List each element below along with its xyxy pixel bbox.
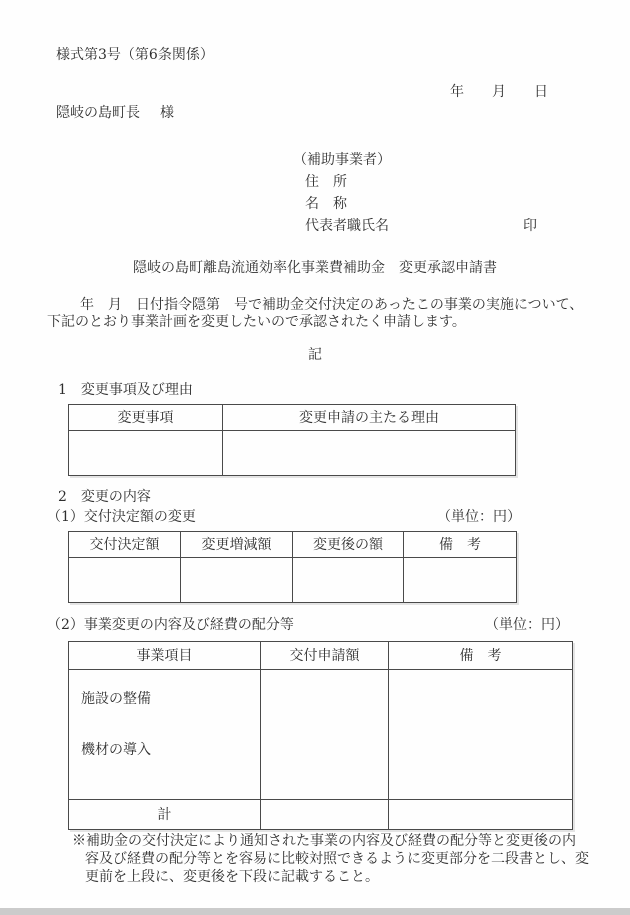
footnote-line2: 容及び経費の配分等とを容易に比較対照できるように変更部分を二段書とし、変 [72, 850, 602, 868]
total-amount-empty-cell [261, 800, 389, 829]
footnote-line3: 更前を上段に、変更後を下段に記載すること。 [72, 868, 602, 886]
date-year-label: 年 [450, 83, 464, 101]
change-item-empty-cell [69, 431, 223, 475]
column-header-project-remarks: 備 考 [389, 642, 572, 669]
application-amount-empty-cell [261, 670, 389, 799]
record-mark: 記 [0, 346, 630, 364]
document-title: 隠岐の島町離島流通効率化事業費補助金 変更承認申請書 [0, 259, 630, 277]
column-header-amount-after: 変更後の額 [293, 532, 404, 557]
applicant-representative-label: 代表者職氏名 [305, 217, 389, 235]
date-day-label: 日 [534, 83, 548, 101]
seal-mark: 印 [523, 217, 537, 235]
footnote: ※補助金の交付決定により通知された事業の内容及び経費の配分等と変更後の内 容及び… [72, 832, 602, 886]
column-header-application-amount: 交付申請額 [261, 642, 389, 669]
section2-1-heading: （1）交付決定額の変更 [47, 508, 196, 526]
project-item-equipment: 機材の導入 [81, 741, 151, 759]
decided-amount-empty-cell [69, 558, 181, 602]
column-header-change-delta: 変更増減額 [181, 532, 293, 557]
project-change-table-header-row: 事業項目 交付申請額 備 考 [69, 642, 572, 670]
applicant-name-label: 名 称 [305, 195, 347, 213]
project-remarks-empty-cell [389, 670, 572, 799]
addressee-line: 隠岐の島町長 様 [56, 104, 174, 122]
grant-amount-table-data-row [69, 558, 516, 602]
grant-amount-table: 交付決定額 変更増減額 変更後の額 備 考 [68, 531, 517, 603]
applicant-heading: （補助事業者） [293, 151, 391, 169]
total-label: 計 [69, 800, 261, 829]
section1-heading: 1 変更事項及び理由 [58, 381, 193, 399]
body-paragraph-line2: 下記のとおり事業計画を変更したいので承認されたく申請します。 [47, 313, 466, 331]
date-line: 年 月 日 [450, 83, 548, 101]
project-change-table-total-row: 計 [69, 799, 572, 829]
body-paragraph-line1: 年 月 日付指令隠第 号で補助金交付決定のあったこの事業の実施について、 [80, 296, 583, 314]
footnote-line1: ※補助金の交付決定により通知された事業の内容及び経費の配分等と変更後の内 [72, 832, 602, 850]
project-item-facility: 施設の整備 [81, 690, 151, 708]
section2-1-unit-label: （単位：円） [437, 508, 521, 526]
change-items-table-data-row [69, 431, 515, 475]
applicant-address-label: 住 所 [305, 173, 347, 191]
remarks-empty-cell [404, 558, 516, 602]
column-header-change-reason: 変更申請の主たる理由 [223, 405, 515, 430]
column-header-project-item: 事業項目 [69, 642, 261, 669]
date-month-label: 月 [492, 83, 506, 101]
total-remarks-empty-cell [389, 800, 572, 829]
section2-2-heading: （2）事業変更の内容及び経費の配分等 [47, 616, 294, 634]
page-bottom-edge [0, 908, 630, 915]
change-delta-empty-cell [181, 558, 293, 602]
change-items-table: 変更事項 変更申請の主たる理由 [68, 404, 516, 476]
section2-heading: 2 変更の内容 [58, 488, 151, 506]
addressee-name: 隠岐の島町長 [56, 104, 140, 122]
column-header-change-item: 変更事項 [69, 405, 223, 430]
section2-2-unit-label: （単位：円） [485, 616, 569, 634]
project-change-table-body-row: 施設の整備 機材の導入 [69, 670, 572, 799]
amount-after-empty-cell [293, 558, 404, 602]
column-header-decided-amount: 交付決定額 [69, 532, 181, 557]
grant-amount-table-header-row: 交付決定額 変更増減額 変更後の額 備 考 [69, 532, 516, 558]
change-reason-empty-cell [223, 431, 515, 475]
project-items-cell: 施設の整備 機材の導入 [69, 670, 261, 799]
change-items-table-header-row: 変更事項 変更申請の主たる理由 [69, 405, 515, 431]
project-change-table: 事業項目 交付申請額 備 考 施設の整備 機材の導入 計 [68, 641, 573, 830]
column-header-remarks: 備 考 [404, 532, 516, 557]
form-number: 様式第3号（第6条関係） [56, 46, 214, 64]
addressee-honorific: 様 [160, 104, 174, 122]
document-page: 様式第3号（第6条関係） 年 月 日 隠岐の島町長 様 （補助事業者） 住 所 … [0, 0, 630, 915]
